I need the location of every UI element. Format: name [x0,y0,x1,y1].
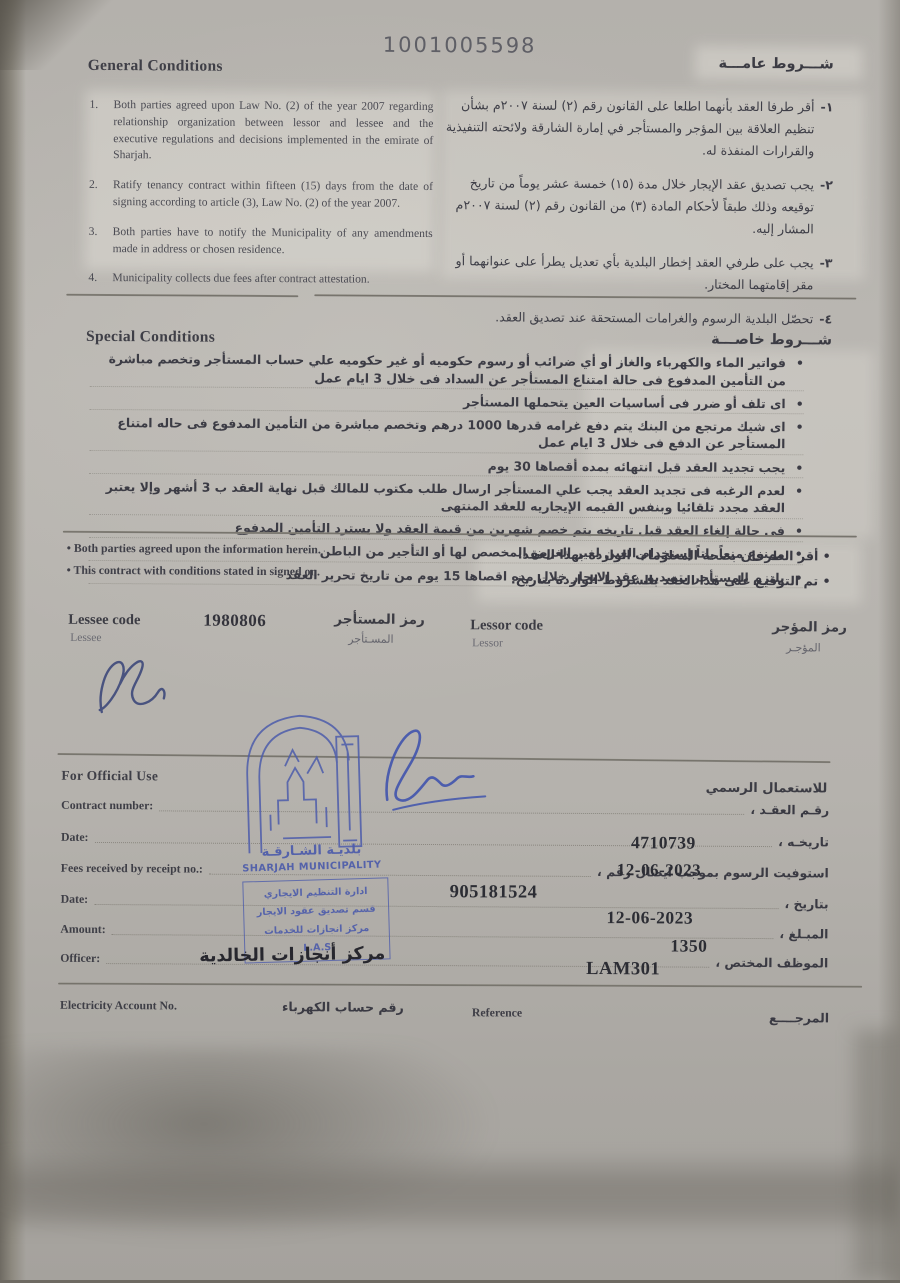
document-number: 1001005598 [383,33,537,58]
row-label-ar: الموظف المختص ، [715,955,828,971]
lessor-signature-name [485,655,655,716]
date-value: 12-06-2023 [606,907,693,929]
electricity-account-label-ar: رقم حساب الكهرباء [282,999,404,1015]
acknowledgment-list-en: Both parties agreed upon the information… [67,541,397,587]
officer-code-value: LAM301 [586,959,660,980]
service-center-stamp: مركز أنجازات الخالدية [177,943,407,966]
row-label-en: Date: [61,892,89,907]
row-label-en: Officer: [60,951,100,966]
item-text: تحصّل البلدية الرسوم والغرامات المستحقة … [495,307,813,331]
official-row: Fees received by receipt no.: استوفيت ال… [61,858,829,881]
general-conditions-title-ar: شـــروط عامـــة [718,56,833,73]
general-condition-item: ٣- يجب على طرفي العقد إخطار البلدية بأي … [440,250,832,296]
general-condition-item: Both parties have to notify the Municipa… [87,224,433,260]
lessee-sublabel-ar: المسـتأجر [348,633,393,646]
general-condition-item: ١- أقر طرفا العقد بأنهما اطلعا على القان… [441,94,833,162]
acknowledgment-list-ar: أقر الطرفان بصحة المعلومات الواردة بهذا … [470,546,830,598]
general-condition-item: ٤- تحصّل البلدية الرسوم والغرامات المستح… [440,306,832,330]
receipt-number-value: 905181524 [450,882,538,904]
row-label-ar: رقـم العقـد ، [750,802,829,817]
row-label-ar: بتاريخ ، [784,896,828,911]
special-condition-item: يجب تجديد العقد قبل انتهائه بمده أقصاها … [89,454,803,478]
lessor-sublabel-ar: المؤجـر [786,641,821,654]
electricity-account-label-en: Electricity Account No. [60,998,177,1014]
item-number: ٣- [819,253,832,297]
acknowledgment-item: Both parties agreed upon the information… [67,541,397,558]
lessor-code-label-ar: رمز المؤجر [772,619,847,635]
special-condition-item: اى تلف أو ضرر فى أساسيات العين يتحملها ا… [90,391,804,415]
officer-signature [353,722,504,823]
special-condition-item: لعدم الرغبه فى تجديد العقد يجب علي المست… [89,478,803,520]
scan-shadow [855,1030,900,1280]
lessor-code-label: Lessor code [470,617,543,634]
general-conditions-list-en: Both parties agreed upon Law No. (2) of … [86,97,433,302]
fees-date-stamp-value: 12-06-2023 [617,860,701,881]
scanned-contract-page: 1001005598 General Conditions شـــروط عا… [0,0,900,1280]
row-label-ar: المبـلغ ، [779,926,828,941]
reference-label-ar: المرجــــع [769,1010,829,1025]
scan-corner-shadow [0,0,120,70]
section-divider [58,983,862,989]
stamp-municipality-name-en: SHARJAH MUNICIPALITY [232,859,392,875]
item-number: ١- [820,96,833,162]
row-label-en: Amount: [60,922,105,937]
contract-receipt-number-value: 4710739 [631,832,696,853]
scan-shadow [0,1150,900,1235]
general-condition-item: Both parties agreed upon Law No. (2) of … [87,97,433,166]
acknowledgment-item: تم التوقيع على هذا العقد بالشروط الواردة… [471,571,831,588]
special-condition-item: فى حالة إلغاء العقد قبل تاريخه يتم خصم ش… [89,518,803,542]
item-number: ٤- [819,309,832,331]
reference-label-en: Reference [472,1005,522,1020]
lessee-sublabel: Lessee [70,632,101,644]
official-row: Amount: المبـلغ ، [60,919,828,942]
special-condition-item: اى شيك مرتجع من البنك يتم دفع غرامه قدره… [89,414,803,456]
item-text: أقر طرفا العقد بأنهما اطلعا على القانون … [441,94,814,162]
acknowledgment-item: This contract with conditions stated in … [67,563,397,580]
official-use-title-ar: للاستعمال الرسمي [706,781,828,797]
lessee-code-value: 1980806 [203,611,266,631]
row-label-en: Date: [61,830,89,845]
amount-value: 1350 [670,935,707,956]
item-text: يجب تصديق عقد الإيجار خلال مدة (١٥) خمسة… [441,172,814,240]
lessee-code-label: Lessee code [68,612,140,629]
lessee-code-label-ar: رمز المستأجر [334,611,425,628]
stamp-dept-line: مركز انجازات للخدمات [245,922,389,937]
row-label-en: Contract number: [61,798,153,814]
general-conditions-list-ar: ١- أقر طرفا العقد بأنهما اطلعا على القان… [440,94,833,343]
general-condition-item: ٢- يجب تصديق عقد الإيجار خلال مدة (١٥) خ… [441,172,833,240]
general-condition-item: Ratify tenancy contract within fifteen (… [87,177,433,213]
official-use-title-en: For Official Use [61,768,158,785]
stamp-dept-line: ادارة التنظيم الايجاري [244,886,388,901]
stamp-municipality-name-ar: بلديـة الشـارقـة [231,841,391,861]
row-label-ar: تاريخـه ، [778,834,829,849]
stamp-dept-line: قسم تصديق عقود الايجار [244,904,388,919]
lessor-sublabel: Lessor [472,637,503,649]
item-text: يجب على طرفي العقد إخطار البلدية بأي تعد… [440,250,813,296]
special-conditions-title-en: Special Conditions [86,328,215,347]
official-row: Date: تاريخـه ، [61,827,829,850]
acknowledgment-item: أقر الطرفان بصحة المعلومات الواردة بهذا … [471,546,831,563]
item-number: ٢- [820,174,833,240]
lessee-signature [84,650,195,736]
special-condition-item: فواتير الماء والكهرباء والغاز أو أي ضرائ… [90,350,804,392]
row-label-en: Fees received by receipt no.: [61,861,203,877]
official-row: Officer: الموظف المختص ، [60,948,828,971]
official-row: Date: بتاريخ ، [61,889,829,912]
special-conditions-title-ar: شـــروط خاصـــة [711,332,832,349]
general-condition-item: Municipality collects due fees after con… [86,270,432,289]
